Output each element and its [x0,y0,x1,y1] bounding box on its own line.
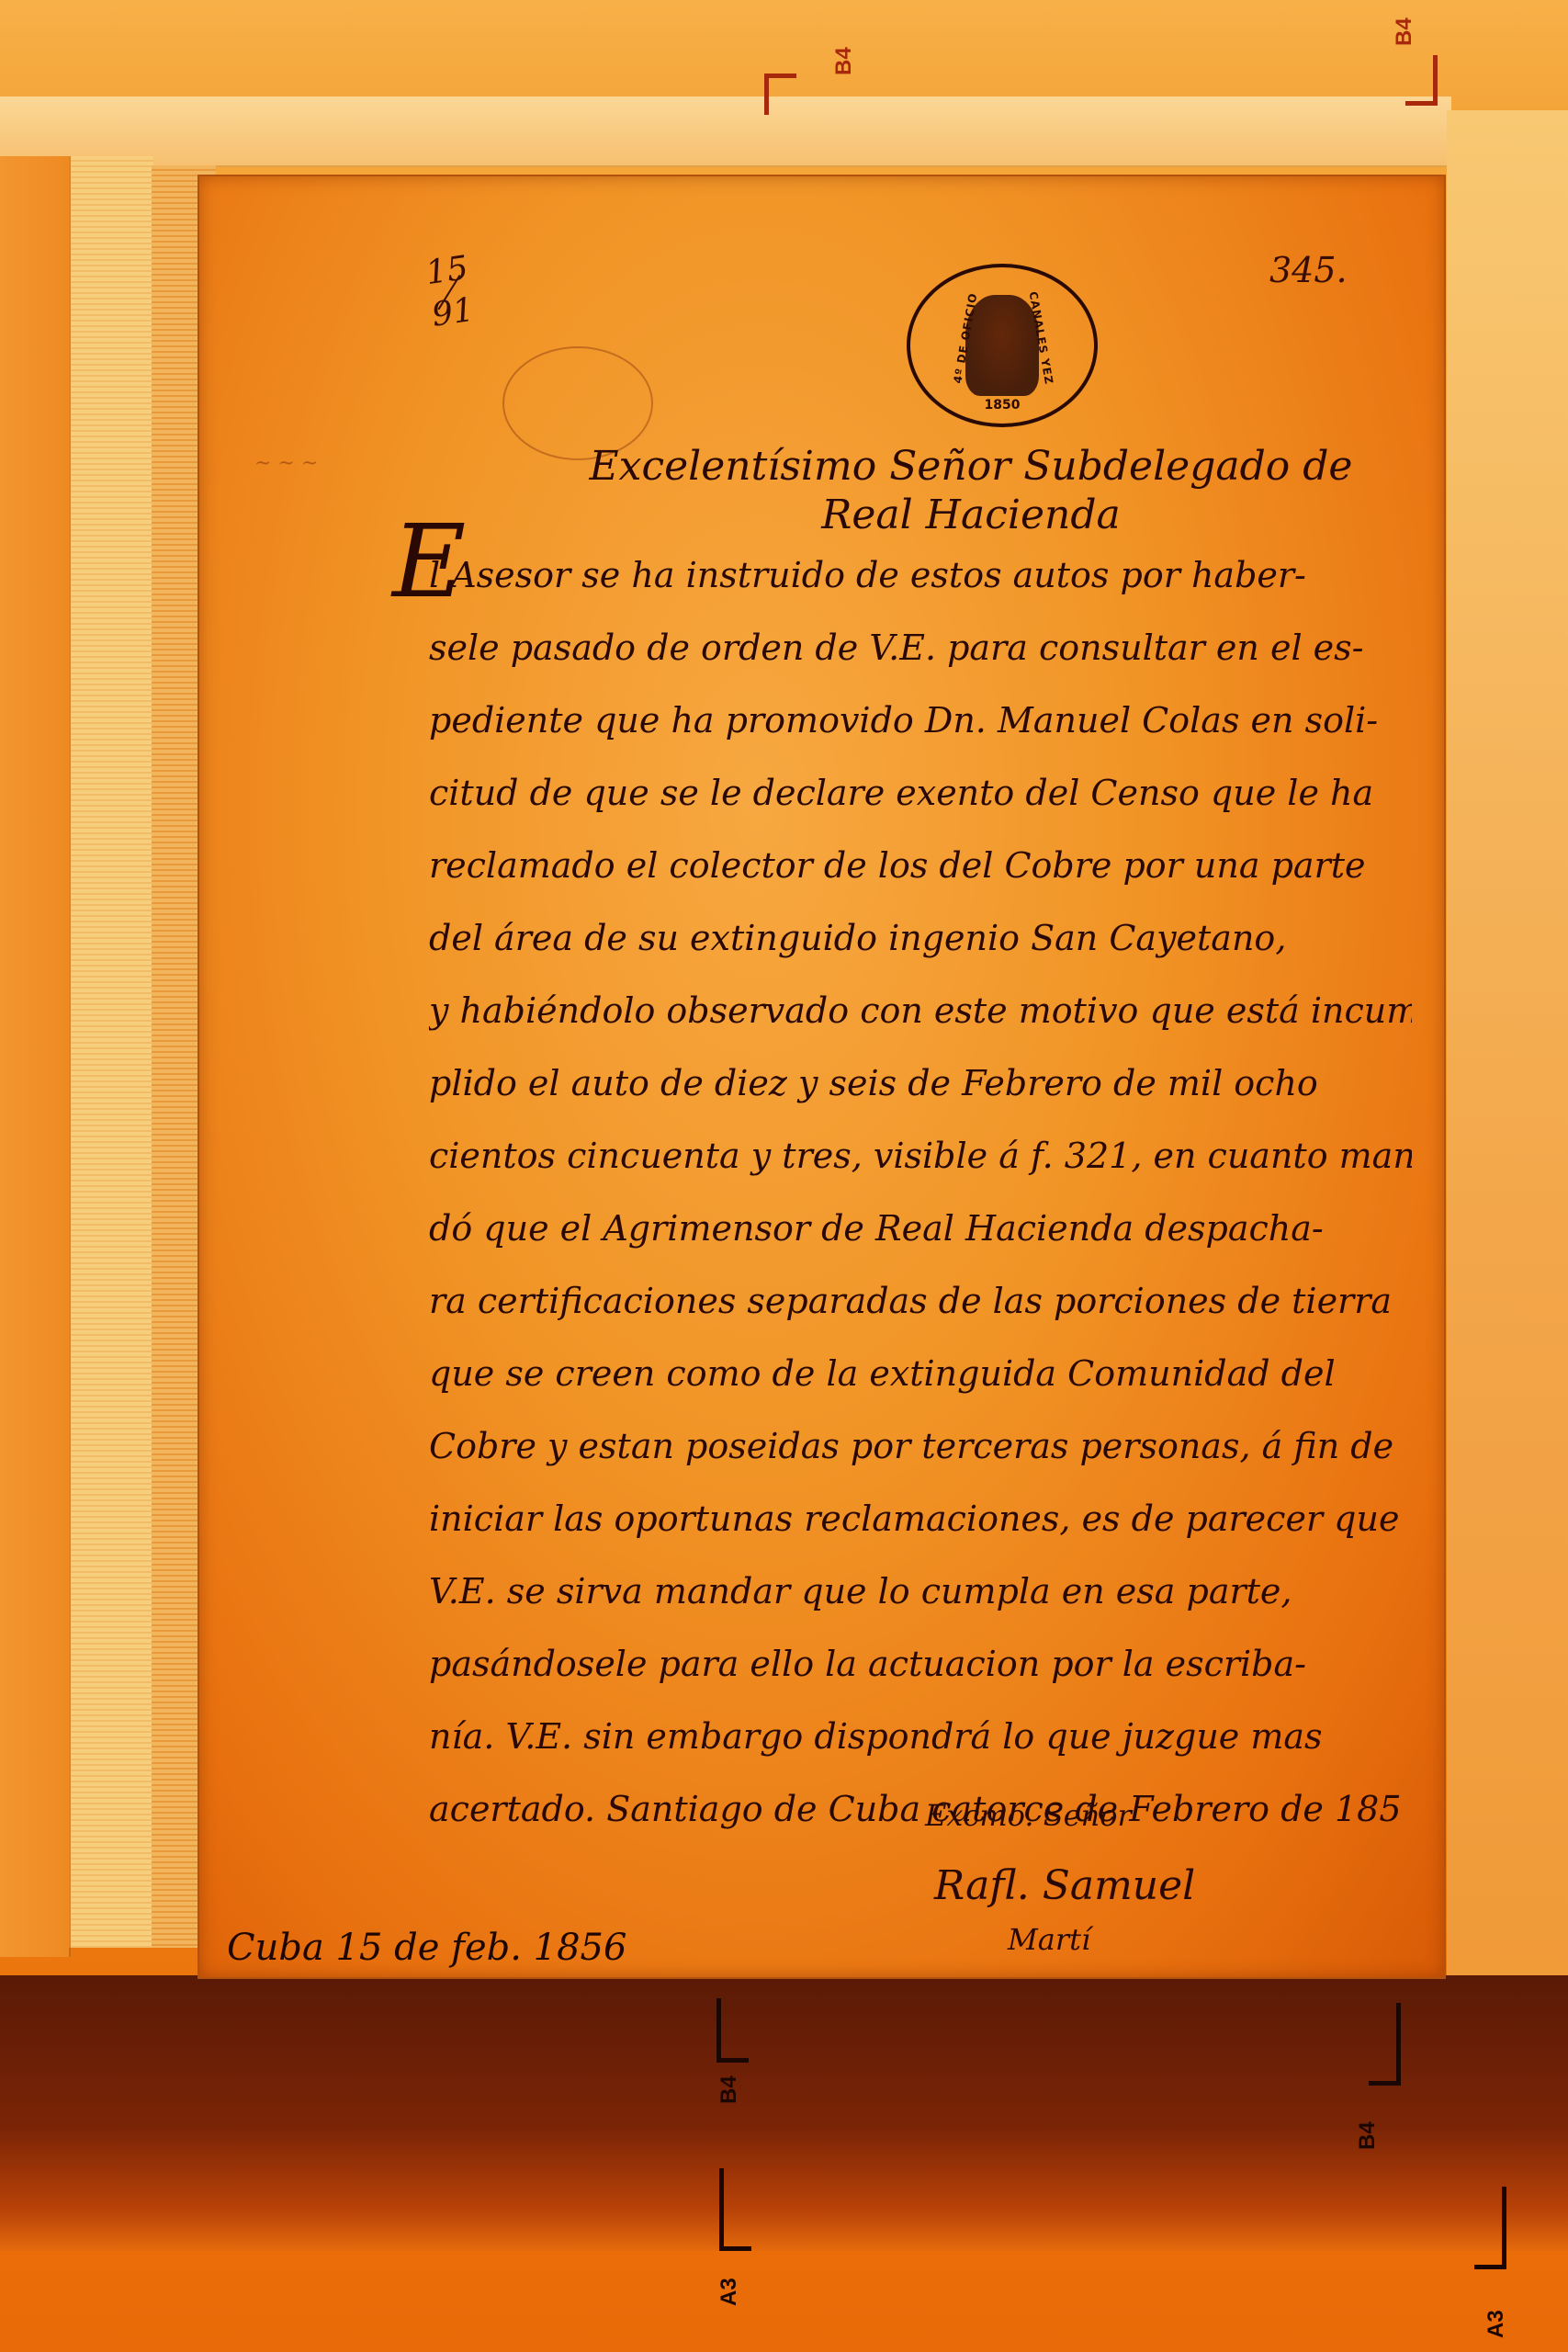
heading-line-2: Real Hacienda [558,492,1384,538]
top-paper-flap [0,96,1451,167]
manuscript-page: ~ ~ ~ 15 91 345. 4º DE OFICIO CANALES YE… [197,175,1446,1979]
body-line: del área de su extinguido ingenio San Ca… [429,902,1412,975]
signature-name: Rafl. Samuel [934,1862,1195,1909]
crop-mark-bottom-b4-left [716,1998,749,2063]
body-text: l Asesor se ha instruido de estos autos … [429,539,1412,1846]
heading-line-1: Excelentísimo Señor Subdelegado de [558,443,1384,490]
folio-number-left: 15 91 [424,252,477,333]
body-line: iniciar las oportunas reclamaciones, es … [429,1483,1412,1555]
signature-rubric: Martí [1008,1922,1090,1957]
body-line: ra certificaciones separadas de las porc… [429,1265,1412,1338]
seal-year: 1850 [910,398,1094,413]
reg-label-top-left: B4 [831,47,857,75]
body-line: V.E. se sirva mandar que lo cumpla en es… [429,1555,1412,1628]
seated-figure-icon [965,295,1039,396]
crop-mark-bottom-a3-right [1474,2187,1506,2269]
folio-left-bottom: 91 [430,294,476,333]
binding-gauze [69,156,153,1948]
body-line: dó que el Agrimensor de Real Hacienda de… [429,1193,1412,1265]
signature-salutation: Excmo. Señor [925,1798,1132,1833]
marginal-date-note: Cuba 15 de feb. 1856 [227,1927,626,1969]
reg-label-bottom-a3-left: A3 [716,2278,742,2306]
previous-page-edge [0,156,71,1957]
right-mount-strip [1447,110,1568,1984]
body-line: pasándosele para ello la actuacion por l… [429,1628,1412,1701]
body-line: que se creen como de la extinguida Comun… [429,1338,1412,1410]
body-line: Cobre y estan poseidas por terceras pers… [429,1410,1412,1483]
body-line: citud de que se le declare exento del Ce… [429,757,1412,830]
reg-label-bottom-b4-left: B4 [716,2075,742,2104]
folio-left-top: 15 [424,252,470,290]
body-line: reclamado el colector de los del Cobre p… [429,830,1412,902]
body-line: y habiéndolo observado con este motivo q… [429,975,1412,1047]
folio-number-right: 345. [1269,250,1348,290]
reg-label-top-right: B4 [1392,17,1417,46]
faded-bleedthrough: ~ ~ ~ [254,452,318,475]
crop-mark-bottom-a3-left [719,2168,751,2251]
stamp-seal-icon: 4º DE OFICIO CANALES YEZ 1850 [907,264,1098,427]
body-line: l Asesor se ha instruido de estos autos … [429,539,1412,612]
bottom-shadow-band [0,1975,1568,2251]
document-heading: Excelentísimo Señor Subdelegado de Real … [558,443,1384,538]
reg-label-bottom-b4-right: B4 [1355,2121,1381,2150]
body-line: plido el auto de diez y seis de Febrero … [429,1047,1412,1120]
body-line: sele pasado de orden de V.E. para consul… [429,612,1412,684]
body-line: nía. V.E. sin embargo dispondrá lo que j… [429,1701,1412,1773]
body-line: acertado. Santiago de Cuba catorce de Fe… [429,1773,1412,1846]
reg-label-bottom-a3-right: A3 [1483,2310,1509,2338]
crop-mark-bottom-b4-right [1369,2003,1401,2086]
crop-mark-top-right [1405,55,1438,106]
body-line: pediente que ha promovido Dn. Manuel Col… [429,684,1412,757]
body-line: cientos cincuenta y tres, visible á f. 3… [429,1120,1412,1193]
crop-mark-top-left [764,73,796,115]
